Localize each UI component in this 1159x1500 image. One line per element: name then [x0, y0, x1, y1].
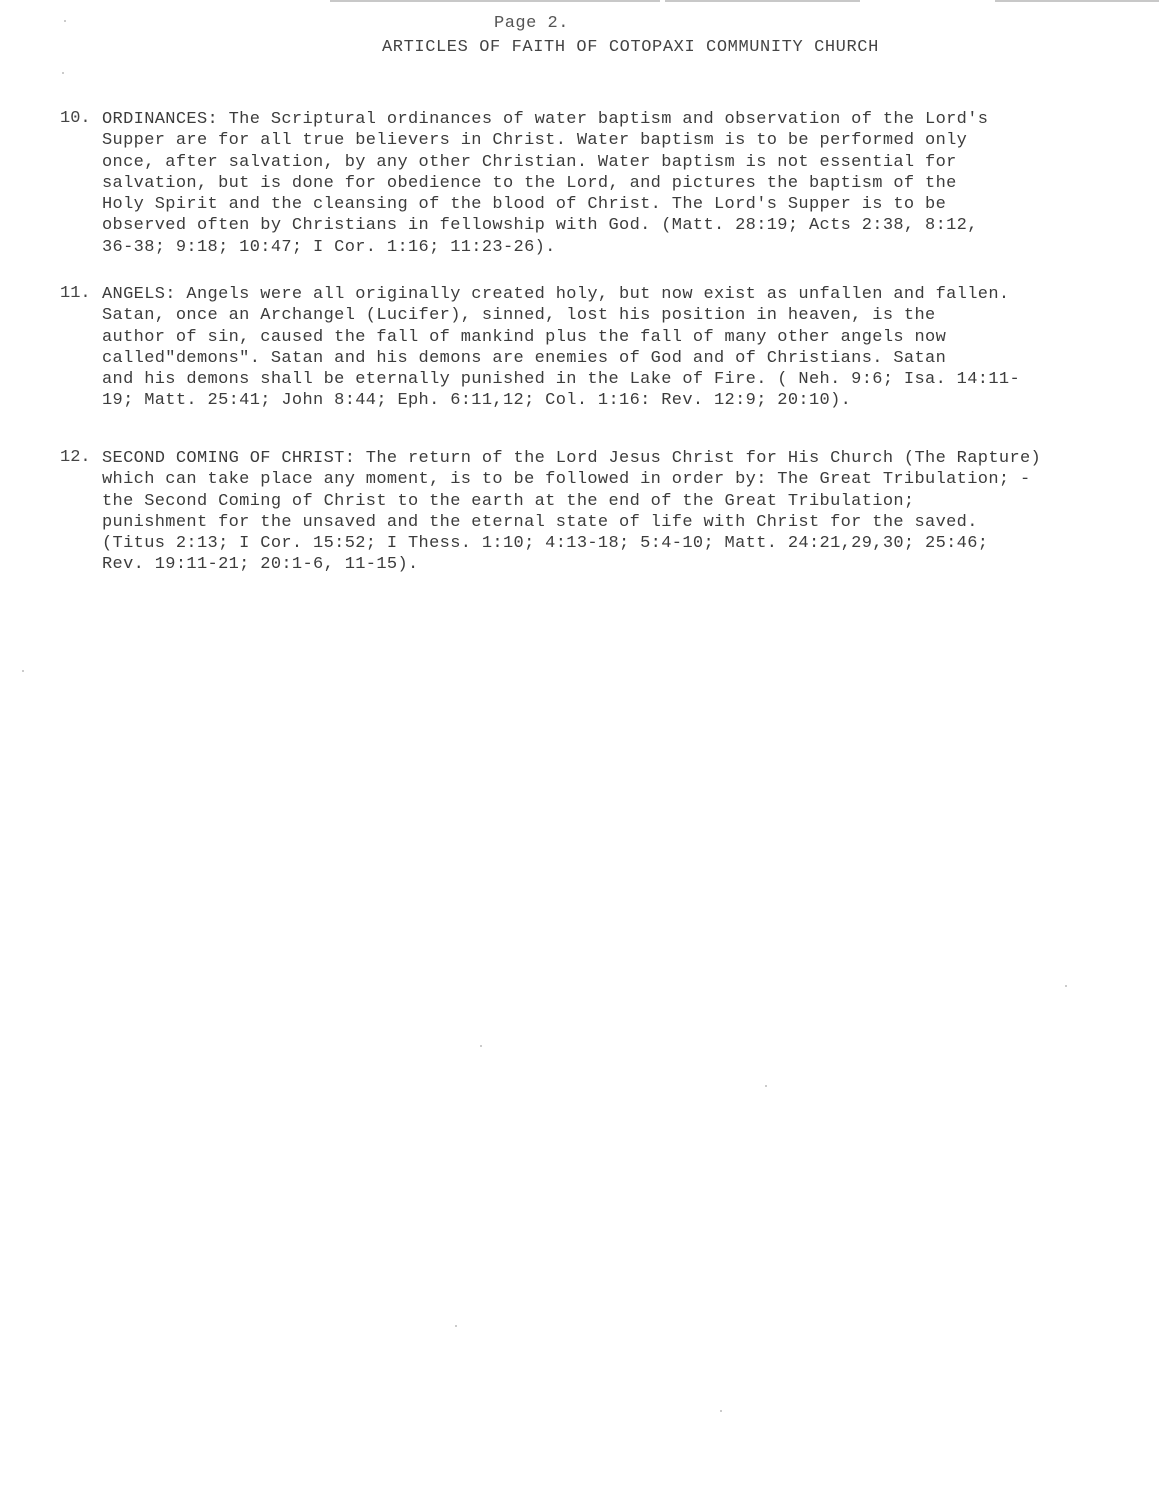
- article-line: 19; Matt. 25:41; John 8:44; Eph. 6:11,12…: [102, 390, 1020, 411]
- article-line: which can take place any moment, is to b…: [102, 469, 1041, 490]
- scan-speck: [22, 670, 24, 672]
- document-title: ARTICLES OF FAITH OF COTOPAXI COMMUNITY …: [382, 38, 879, 57]
- article-body: ORDINANCES: The Scriptural ordinances of…: [102, 109, 988, 258]
- scan-speck: [720, 1410, 722, 1412]
- scan-speck: [62, 72, 64, 74]
- article-line: ORDINANCES: The Scriptural ordinances of…: [102, 109, 988, 130]
- article-line: punishment for the unsaved and the etern…: [102, 512, 1041, 533]
- article-line: once, after salvation, by any other Chri…: [102, 152, 988, 173]
- scan-edge-artifact: [0, 0, 1159, 3]
- scan-speck: [1065, 985, 1067, 987]
- article-line: the Second Coming of Christ to the earth…: [102, 491, 1041, 512]
- article-number: 10.: [60, 109, 91, 128]
- article-line: Supper are for all true believers in Chr…: [102, 130, 988, 151]
- article-line: and his demons shall be eternally punish…: [102, 369, 1020, 390]
- article-line: SECOND COMING OF CHRIST: The return of t…: [102, 448, 1041, 469]
- article-line: 36-38; 9:18; 10:47; I Cor. 1:16; 11:23-2…: [102, 237, 988, 258]
- article-line: salvation, but is done for obedience to …: [102, 173, 988, 194]
- article-line: Holy Spirit and the cleansing of the blo…: [102, 194, 988, 215]
- article-line: Rev. 19:11-21; 20:1-6, 11-15).: [102, 554, 1041, 575]
- article-body: ANGELS: Angels were all originally creat…: [102, 284, 1020, 412]
- scan-speck: [455, 1325, 457, 1327]
- article-line: called"demons". Satan and his demons are…: [102, 348, 1020, 369]
- article-number: 11.: [60, 284, 91, 303]
- scan-speck: [480, 1045, 482, 1047]
- scan-speck: [64, 20, 66, 22]
- article-line: (Titus 2:13; I Cor. 15:52; I Thess. 1:10…: [102, 533, 1041, 554]
- article-line: ANGELS: Angels were all originally creat…: [102, 284, 1020, 305]
- scan-speck: [765, 1085, 767, 1087]
- article-line: author of sin, caused the fall of mankin…: [102, 327, 1020, 348]
- page-number-label: Page 2.: [494, 14, 569, 33]
- article-line: observed often by Christians in fellowsh…: [102, 215, 988, 236]
- article-line: Satan, once an Archangel (Lucifer), sinn…: [102, 305, 1020, 326]
- article-number: 12.: [60, 448, 91, 467]
- article-body: SECOND COMING OF CHRIST: The return of t…: [102, 448, 1041, 576]
